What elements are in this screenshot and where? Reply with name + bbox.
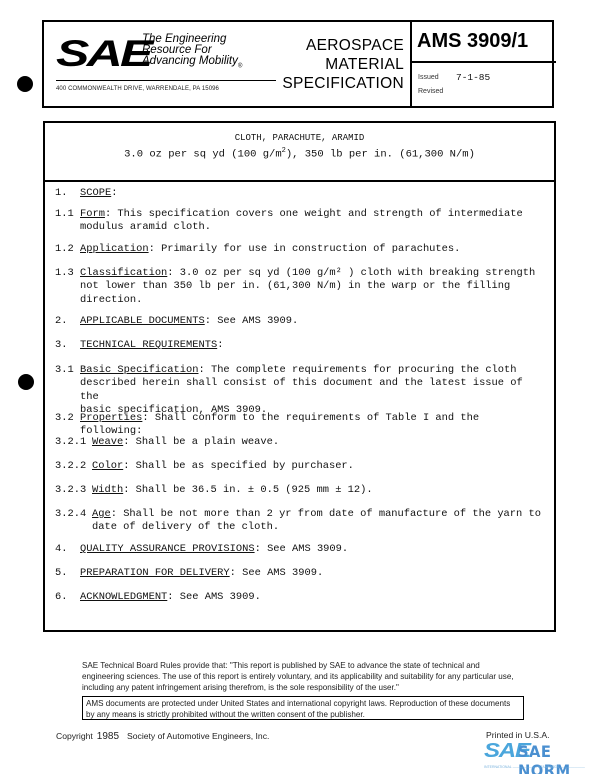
title-line-1: CLOTH, PARACHUTE, ARAMID bbox=[45, 133, 554, 143]
issued-label: Issued bbox=[418, 74, 439, 81]
punch-hole-top bbox=[17, 76, 33, 92]
sae-logo-mark: SAE bbox=[56, 34, 151, 74]
sae-logo: SAE The Engineering Resource For Advanci… bbox=[56, 30, 276, 100]
sae-norm-watermark: SAE SAE NORM INTERNATIONAL ——————— STAND… bbox=[484, 740, 596, 770]
punch-hole-middle bbox=[18, 374, 34, 390]
specification-body: CLOTH, PARACHUTE, ARAMID 3.0 oz per sq y… bbox=[43, 121, 556, 632]
copyright-line: Copyright1985Society of Automotive Engin… bbox=[56, 731, 269, 742]
document-type: AEROSPACE MATERIAL SPECIFICATION bbox=[274, 36, 404, 93]
copyright-notice-box: AMS documents are protected under United… bbox=[82, 696, 524, 720]
document-header: SAE The Engineering Resource For Advanci… bbox=[42, 20, 554, 108]
revised-label: Revised bbox=[418, 88, 443, 95]
sae-tagline: The Engineering Resource For Advancing M… bbox=[142, 34, 242, 72]
printed-in: Printed in U.S.A. bbox=[486, 730, 550, 740]
document-number: AMS 3909/1 bbox=[412, 20, 556, 63]
technical-board-rules: SAE Technical Board Rules provide that: … bbox=[82, 660, 522, 694]
title-line-2: 3.0 oz per sq yd (100 g/m2), 350 lb per … bbox=[45, 147, 554, 161]
sae-norm-text: SAE NORM bbox=[518, 742, 590, 774]
document-id-box: AMS 3909/1 Issued 7-1-85 Revised bbox=[410, 20, 556, 108]
sae-address: 400 COMMONWEALTH DRIVE, WARRENDALE, PA 1… bbox=[56, 86, 219, 92]
sae-norm-subtext: INTERNATIONAL ——————— STANDARDS ——————— bbox=[484, 765, 585, 769]
logo-divider bbox=[56, 80, 276, 81]
document-title: CLOTH, PARACHUTE, ARAMID 3.0 oz per sq y… bbox=[45, 123, 554, 182]
issued-date: 7-1-85 bbox=[456, 72, 490, 83]
